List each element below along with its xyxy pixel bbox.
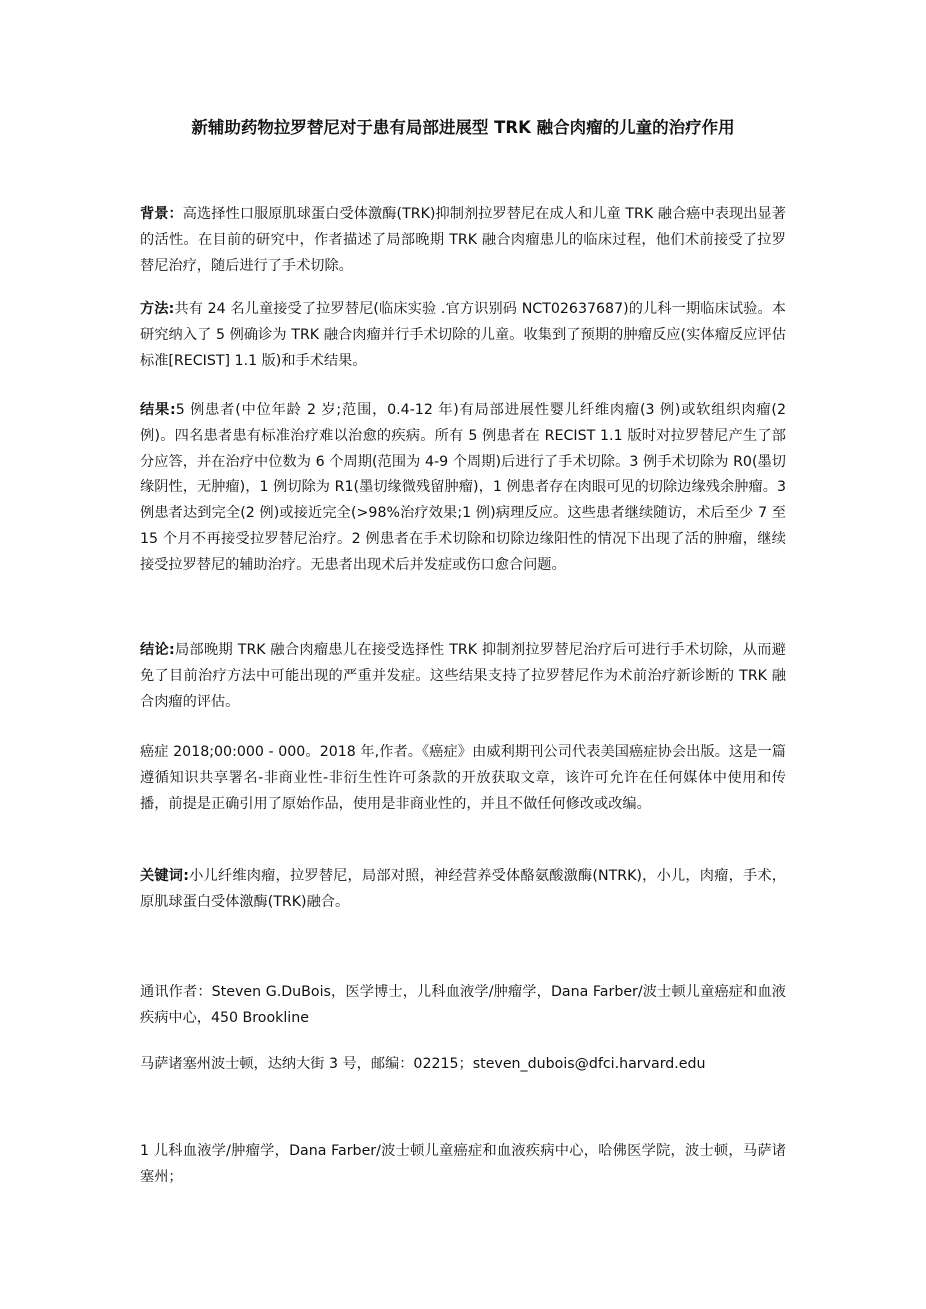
document-page: 新辅助药物拉罗替尼对于患有局部进展型 TRK 融合肉瘤的儿童的治疗作用 背景：高… xyxy=(0,0,926,1309)
methods-text: 共有 24 名儿童接受了拉罗替尼(临床实验 .官方识别码 NCT02637687… xyxy=(140,301,786,369)
keywords-label: 关键词: xyxy=(140,868,189,884)
background-label: 背景： xyxy=(140,206,183,222)
methods-label: 方法: xyxy=(140,301,174,317)
abstract-methods: 方法:共有 24 名儿童接受了拉罗替尼(临床实验 .官方识别码 NCT02637… xyxy=(140,297,786,374)
abstract-conclusions: 结论:局部晚期 TRK 融合肉瘤患儿在接受选择性 TRK 抑制剂拉罗替尼治疗后可… xyxy=(140,638,786,715)
abstract-results: 结果:5 例患者(中位年龄 2 岁;范围，0.4-12 年)有局部进展性婴儿纤维… xyxy=(140,398,786,579)
author-affiliation: 1 儿科血液学/肿瘤学，Dana Farber/波士顿儿童癌症和血液疾病中心，哈… xyxy=(140,1139,786,1191)
conclusions-label: 结论: xyxy=(140,642,175,658)
citation-license: 癌症 2018;00:000 - 000。2018 年,作者。《癌症》由威利期刊… xyxy=(140,740,786,817)
results-text: 5 例患者(中位年龄 2 岁;范围，0.4-12 年)有局部进展性婴儿纤维肉瘤(… xyxy=(140,402,786,573)
corresponding-author: 通讯作者：Steven G.DuBois，医学博士，儿科血液学/肿瘤学，Dana… xyxy=(140,980,786,1032)
conclusions-text: 局部晚期 TRK 融合肉瘤患儿在接受选择性 TRK 抑制剂拉罗替尼治疗后可进行手… xyxy=(140,642,786,710)
author-address: 马萨诸塞州波士顿，达纳大街 3 号，邮编：02215；steven_dubois… xyxy=(140,1052,786,1078)
background-text: 高选择性口服原肌球蛋白受体激酶(TRK)抑制剂拉罗替尼在成人和儿童 TRK 融合… xyxy=(140,206,786,274)
document-title: 新辅助药物拉罗替尼对于患有局部进展型 TRK 融合肉瘤的儿童的治疗作用 xyxy=(140,116,786,140)
results-label: 结果: xyxy=(140,402,176,418)
keywords: 关键词:小儿纤维肉瘤，拉罗替尼，局部对照，神经营养受体酪氨酸激酶(NTRK)，小… xyxy=(140,864,786,916)
abstract-background: 背景：高选择性口服原肌球蛋白受体激酶(TRK)抑制剂拉罗替尼在成人和儿童 TRK… xyxy=(140,202,786,279)
keywords-text: 小儿纤维肉瘤，拉罗替尼，局部对照，神经营养受体酪氨酸激酶(NTRK)，小儿，肉瘤… xyxy=(140,868,786,910)
